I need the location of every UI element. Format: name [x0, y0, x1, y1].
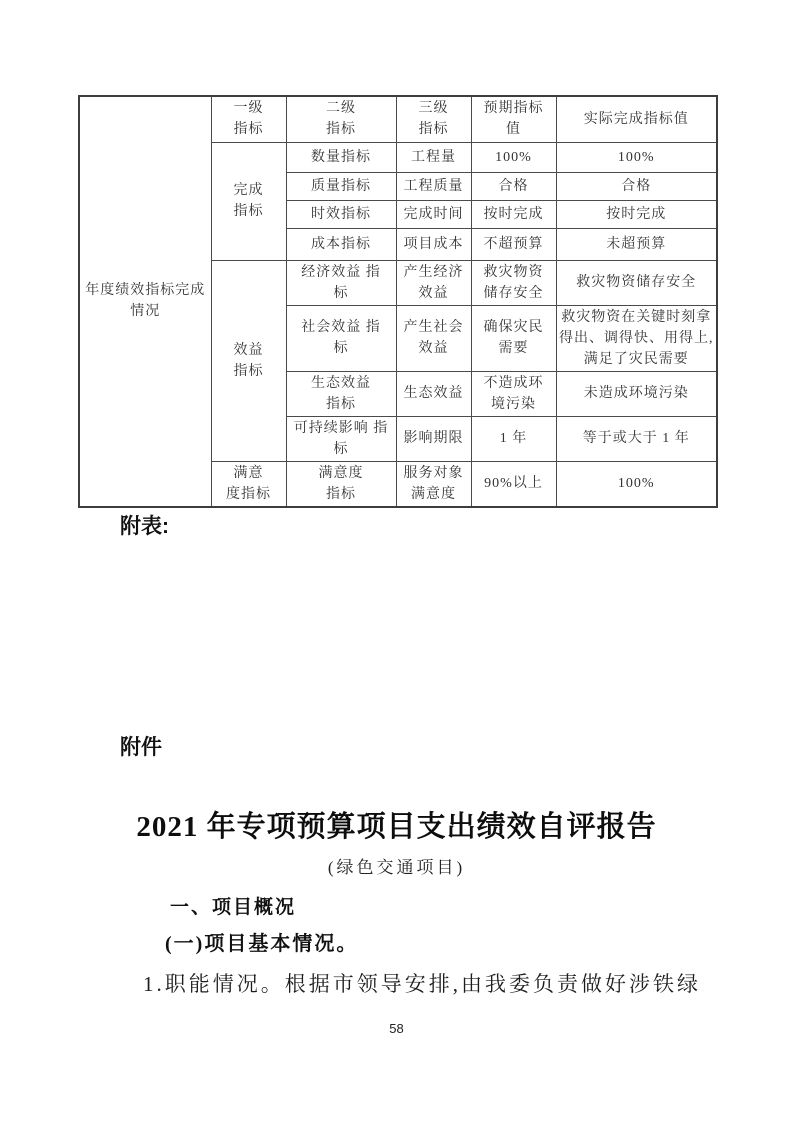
table-cell: 完成时间 — [396, 200, 471, 228]
table-cell: 服务对象 满意度 — [396, 461, 471, 507]
table-cell: 确保灾民 需要 — [471, 305, 556, 371]
annual-performance-indicator-table: 年度绩效指标完成 情况 一级 指标 二级 指标 三级 指标 预期指标 值 实际完… — [78, 95, 718, 508]
page-number: 58 — [0, 1021, 793, 1036]
header-level3: 三级 指标 — [396, 96, 471, 142]
table-cell: 时效指标 — [286, 200, 396, 228]
table-cell: 按时完成 — [556, 200, 717, 228]
table-cell: 未超预算 — [556, 228, 717, 260]
document-page: 年度绩效指标完成 情况 一级 指标 二级 指标 三级 指标 预期指标 值 实际完… — [0, 0, 793, 1122]
group-label-satisfaction: 满意 度指标 — [211, 461, 286, 507]
table-cell: 成本指标 — [286, 228, 396, 260]
group-label-benefit: 效益 指标 — [211, 260, 286, 461]
table-cell: 生态效益 — [396, 371, 471, 416]
table-cell: 救灾物资 储存安全 — [471, 260, 556, 305]
attachment-label: 附件 — [120, 731, 162, 761]
section-heading-project-overview: 一、项目概况 — [170, 892, 296, 919]
table-cell: 数量指标 — [286, 142, 396, 172]
table-cell: 质量指标 — [286, 172, 396, 200]
row-span-label: 年度绩效指标完成 情况 — [79, 96, 211, 507]
table-cell: 不造成环 境污染 — [471, 371, 556, 416]
header-level2: 二级 指标 — [286, 96, 396, 142]
annual-performance-table-wrap: 年度绩效指标完成 情况 一级 指标 二级 指标 三级 指标 预期指标 值 实际完… — [78, 95, 718, 508]
body-text-line: 1.职能情况。根据市领导安排,由我委负责做好涉铁绿 — [143, 968, 701, 998]
table-cell: 影响期限 — [396, 416, 471, 461]
table-cell: 社会效益 指 标 — [286, 305, 396, 371]
annex-table-label: 附表: — [120, 510, 169, 540]
table-cell: 合格 — [556, 172, 717, 200]
table-cell: 1 年 — [471, 416, 556, 461]
table-cell: 等于或大于 1 年 — [556, 416, 717, 461]
table-cell: 生态效益 指标 — [286, 371, 396, 416]
table-cell: 按时完成 — [471, 200, 556, 228]
table-cell: 合格 — [471, 172, 556, 200]
table-cell: 100% — [471, 142, 556, 172]
table-cell: 产生经济 效益 — [396, 260, 471, 305]
group-label-completion: 完成 指标 — [211, 142, 286, 260]
table-cell: 项目成本 — [396, 228, 471, 260]
table-cell: 90%以上 — [471, 461, 556, 507]
table-cell: 经济效益 指 标 — [286, 260, 396, 305]
report-subtitle: (绿色交通项目) — [0, 853, 793, 878]
subsection-heading-basic-situation: (一)项目基本情况。 — [165, 927, 358, 956]
table-cell: 100% — [556, 142, 717, 172]
table-cell: 产生社会 效益 — [396, 305, 471, 371]
table-cell: 100% — [556, 461, 717, 507]
table-cell: 救灾物资在关键时刻拿 得出、调得快、用得上, 满足了灾民需要 — [556, 305, 717, 371]
header-actual-value: 实际完成指标值 — [556, 96, 717, 142]
table-cell: 工程质量 — [396, 172, 471, 200]
table-cell: 不超预算 — [471, 228, 556, 260]
table-cell: 工程量 — [396, 142, 471, 172]
table-cell: 可持续影响 指 标 — [286, 416, 396, 461]
table-cell: 满意度 指标 — [286, 461, 396, 507]
report-title: 2021 年专项预算项目支出绩效自评报告 — [0, 804, 793, 845]
header-expected-value: 预期指标 值 — [471, 96, 556, 142]
table-cell: 未造成环境污染 — [556, 371, 717, 416]
table-cell: 救灾物资储存安全 — [556, 260, 717, 305]
table-header-row: 年度绩效指标完成 情况 一级 指标 二级 指标 三级 指标 预期指标 值 实际完… — [79, 96, 717, 142]
header-level1: 一级 指标 — [211, 96, 286, 142]
